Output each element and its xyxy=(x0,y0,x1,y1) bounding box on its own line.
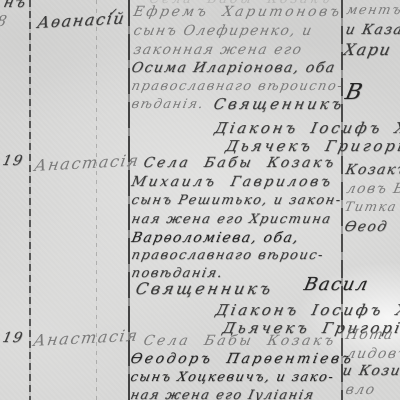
godparents-column-line: ментъ xyxy=(345,3,400,18)
godparents-column-line: и Каза xyxy=(344,22,400,38)
parents-record-line: Села Бабы Козакъ xyxy=(142,333,338,349)
godparents-column-line: Хари xyxy=(342,40,394,59)
parents-record-line: ная жена его Іуліанія xyxy=(129,388,316,400)
entry-number: 8 xyxy=(0,12,10,30)
godparents-column-line: Ѳеод xyxy=(343,219,389,235)
parents-record-line: сынъ Хоцкевичъ, и зако- xyxy=(129,370,336,385)
parents-record-line: вѣданія. xyxy=(130,97,206,112)
child-name: Анастасія xyxy=(33,151,141,175)
parents-record-line: Варѳоломіева, оба, xyxy=(130,230,301,246)
parents-record-line: православнаго вѣроис- xyxy=(130,248,325,263)
godparents-column-line: Пота xyxy=(344,327,396,343)
deacon-signature: Діаконъ Іосифъ Хр xyxy=(214,301,400,319)
godparents-column-line: ловъ В xyxy=(345,181,400,197)
prev-row-name-tail: нъ xyxy=(2,0,29,11)
deacon-signature: Діаконъ Іосифъ Хр xyxy=(213,119,400,137)
parents-record-line: сынъ Олефиренко, и xyxy=(132,23,314,39)
clerk-signature: Дьячекъ Григорій xyxy=(224,137,400,155)
priest-signature-label: Священникъ xyxy=(212,95,346,113)
parents-record-line: Ѳеодоръ Парѳентіевъ xyxy=(129,351,355,367)
entry-number: 19 xyxy=(1,330,25,346)
parents-record-line: Михаилъ Гавриловъ xyxy=(130,174,334,190)
document-scan: нъ Села Бабы Козакъ 8 Аѳанасій / Ефремъ … xyxy=(0,0,400,400)
godparents-column-line: лидовъ xyxy=(345,346,400,362)
parents-record-line: сынъ Решитько, и закон- xyxy=(130,193,343,208)
child-name: Анастасія xyxy=(32,326,140,350)
parents-record-line: Села Бабы Козакъ xyxy=(142,155,338,171)
parents-record-line: православнаго вѣроиспо- xyxy=(130,79,345,94)
column-rule-number xyxy=(29,0,31,400)
godparents-column-line: Титка xyxy=(343,200,399,215)
entry-number: 19 xyxy=(1,153,25,169)
godparents-column-line: и Кози xyxy=(341,363,400,379)
parents-record-line: ная жена его Христина xyxy=(130,212,333,227)
priest-signature-label: Священникъ xyxy=(134,279,275,298)
godparents-column-line: Козакъ xyxy=(344,162,400,178)
parents-record-line: законная жена его xyxy=(132,42,304,58)
godparents-column-line: вло xyxy=(344,382,377,398)
priest-name-fragment: В xyxy=(343,80,366,105)
parents-record-line: Осима Иларіонова, оба xyxy=(130,60,337,76)
parents-record-line: Ефремъ Харитоновъ xyxy=(132,4,344,20)
priest-name-fragment: Васил xyxy=(302,274,371,295)
